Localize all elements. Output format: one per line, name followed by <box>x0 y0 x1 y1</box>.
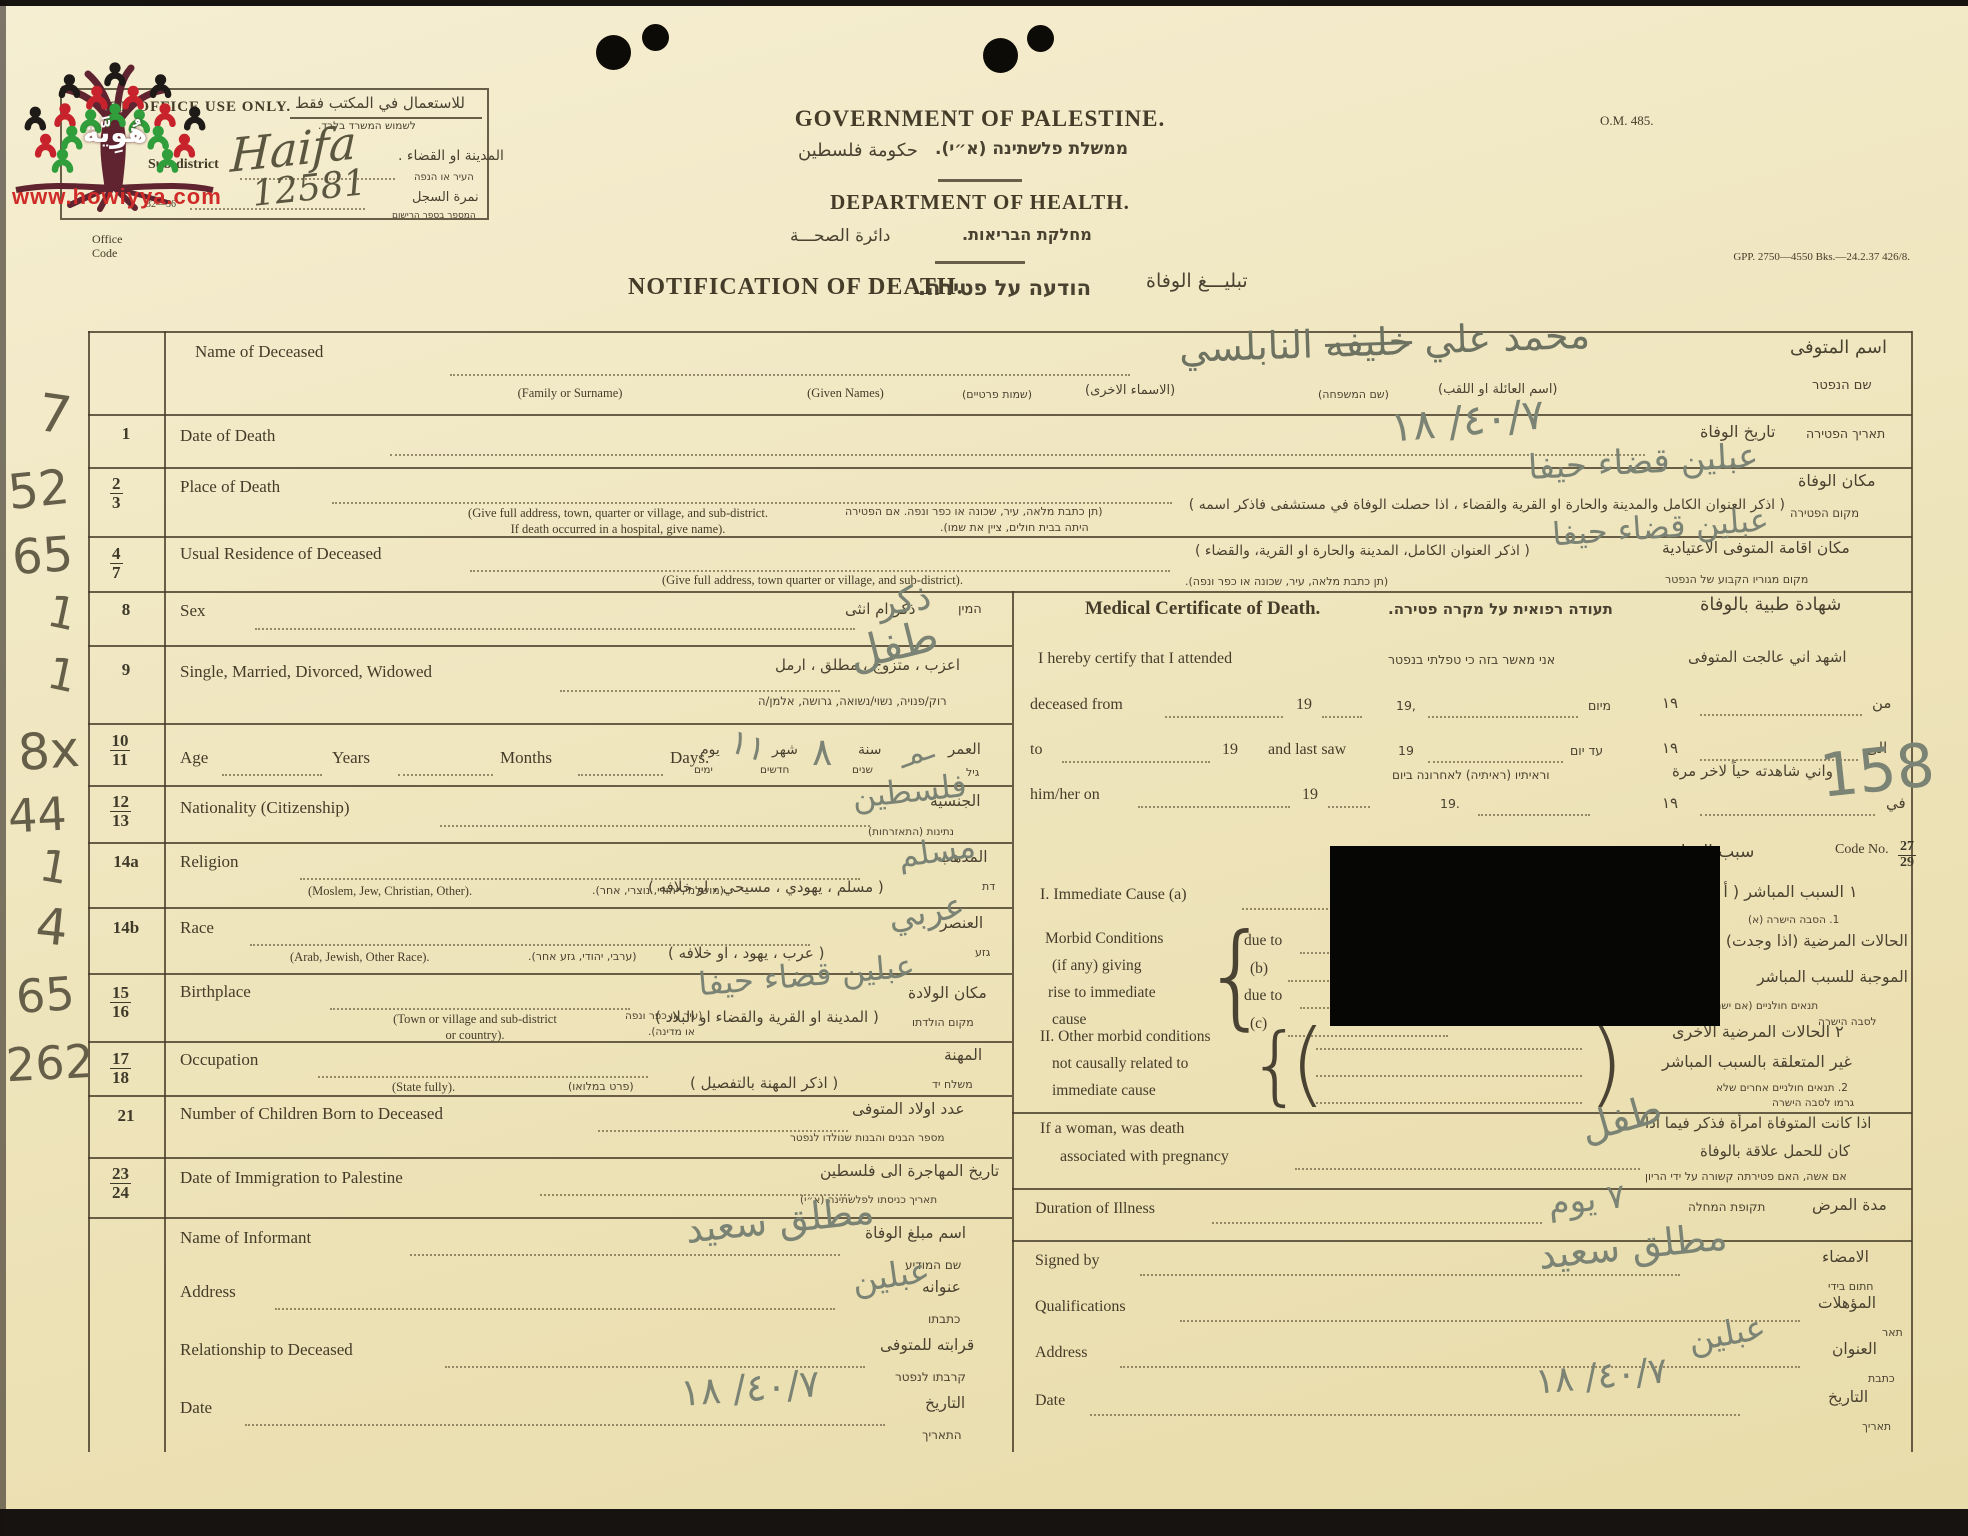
margin-code: 4 <box>33 896 71 957</box>
date-of-death-label: Date of Death <box>180 426 275 446</box>
due-to-1: due to <box>1244 932 1282 950</box>
code-no-bottom: 29 <box>1898 855 1916 871</box>
certify-himher-19: 19 <box>1302 786 1318 804</box>
row-number-top: 12 <box>112 793 129 811</box>
morbid-label-he1: תנאים חולניים (אם ישנם) <box>1706 1000 1818 1012</box>
rule-h <box>88 331 1912 333</box>
residence-sub-he: (תן כתבת מלאה, עיר, שכונה או כפר ונפה). <box>1185 575 1388 588</box>
death-notification-document: هُوِيَّة www.howiyya.com FOR OFFICE USE … <box>0 0 1968 1536</box>
pregnancy-label-ar2: كان للحمل علاقة بالوفاة <box>1700 1142 1850 1160</box>
immigration-label: Date of Immigration to Palestine <box>180 1168 403 1188</box>
rule-h <box>88 842 1012 844</box>
certify-from-label-he: מיום <box>1588 698 1611 713</box>
informant-name-label-ar: اسم مبلغ الوفاة <box>865 1224 966 1242</box>
race-label-he: גזע <box>975 946 990 959</box>
signed-by-label-ar: الامضاء <box>1822 1248 1869 1266</box>
informant-date-label-he: התאריך <box>922 1428 962 1442</box>
government-title-he: ממשלת פלשתינה (א״י). <box>935 139 1128 159</box>
morbid-line2: (if any) giving <box>1052 957 1142 975</box>
notification-title-en: NOTIFICATION OF DEATH. <box>628 274 964 301</box>
pregnancy-label-he: אם אשה, האם פטירתה קשורה על ידי הריון <box>1645 1170 1847 1183</box>
row-number-top: 17 <box>112 1050 129 1068</box>
relationship-label-he: קרבתו לנפטר <box>895 1370 966 1384</box>
row-number: 8 <box>88 600 164 620</box>
row-number-top: 23 <box>112 1165 129 1183</box>
qualifications-label-ar: المؤهلات <box>1818 1294 1876 1312</box>
immigration-label-ar: تاريخ المهاجرة الى فلسطين <box>820 1162 999 1180</box>
other-morbid-line2: not causally related to <box>1052 1055 1188 1073</box>
religion-sub-en: (Moslem, Jew, Christian, Other). <box>308 884 472 899</box>
certify-from-field-line-ar <box>1700 712 1862 716</box>
relationship-label: Relationship to Deceased <box>180 1340 353 1360</box>
scan-edge-top <box>0 0 1968 6</box>
margin-code: 8x <box>16 720 81 782</box>
birthplace-sub1-en: (Town or village and sub-district <box>340 1012 610 1027</box>
signed-by-signature-handwritten: مطلق سعيد <box>1536 1214 1729 1278</box>
doctor-address-label: Address <box>1035 1344 1087 1362</box>
name-part: محمد علي <box>1423 313 1590 363</box>
age-field-line <box>222 772 322 776</box>
age-label-ar: العمر <box>948 740 981 758</box>
medical-certificate-title-he: תעודה רפואית על מקרה פטירה. <box>1388 600 1613 618</box>
doctor-address-label-ar: العنوان <box>1832 1340 1877 1358</box>
residence-sub-ar: ( اذكر العنوان الكامل، المدينة والحارة ا… <box>1195 543 1530 559</box>
family-surname-sublabel-en: (Family or Surname) <box>470 386 670 401</box>
occupation-sub-he: (פרט במלואו) <box>568 1080 634 1093</box>
doctor-address-label-he: כתבת <box>1868 1372 1895 1385</box>
paren-open-icon: ( <box>1290 1018 1326 1110</box>
office-subdistrict-label-ar: المدينة او القضاء . <box>398 148 504 164</box>
residence-label: Usual Residence of Deceased <box>180 544 382 564</box>
medical-certificate-title-en: Medical Certificate of Death. <box>1085 598 1320 620</box>
government-title-ar: حكومة فلسطين <box>798 140 918 161</box>
certify-from-19: 19 <box>1296 696 1312 714</box>
children-label-he: מספר הבנים והבנות שנולדו לנפטר <box>790 1132 945 1144</box>
row-number-fraction: 12 13 <box>110 793 131 830</box>
morbid-line1: Morbid Conditions <box>1045 930 1163 948</box>
howiyya-url: www.howiyya.com <box>12 184 222 210</box>
cause-b-field-line <box>1300 950 1332 954</box>
pregnancy-line2: associated with pregnancy <box>1060 1148 1229 1166</box>
doctor-address-value-handwritten: عبلين <box>1685 1308 1769 1361</box>
margin-code: 1 <box>36 840 72 895</box>
age-unit-months-ar: شهر <box>772 742 798 758</box>
certify-from-field-line <box>1165 714 1283 718</box>
other-morbid-field-line1 <box>1316 1046 1582 1050</box>
certify-to-field-line-he <box>1428 759 1563 763</box>
row-number: 1 <box>88 424 164 444</box>
name-of-deceased-label-ar: اسم المتوفى <box>1790 337 1887 358</box>
row-number-fraction: 2 3 <box>110 475 123 512</box>
name-of-deceased-label: Name of Deceased <box>195 342 323 362</box>
row-number-top: 15 <box>112 984 129 1002</box>
birthplace-label: Birthplace <box>180 982 251 1002</box>
office-use-title-ar: للاستعمال في المكتب فقط <box>295 94 480 112</box>
occupation-sub-en: (State fully). <box>392 1080 455 1095</box>
row-number: 9 <box>88 660 164 680</box>
duration-field-line <box>1212 1220 1542 1224</box>
given-names-sublabel-he: (שמות פרטיים) <box>962 388 1032 401</box>
office-code-caption: Office Code <box>92 232 122 261</box>
place-of-death-label-he: מקום הפטירה <box>1790 506 1859 520</box>
race-sub-he: (ערבי, יהודי, גזע אחר). <box>528 950 637 963</box>
morbid-line4: cause <box>1052 1011 1086 1029</box>
age-unit-years-he: שנים <box>852 764 873 776</box>
margin-code: 262 <box>5 1034 96 1093</box>
duration-label: Duration of Illness <box>1035 1200 1155 1218</box>
row-number-bottom: 3 <box>110 493 123 512</box>
certify-himher-label: him/her on <box>1030 786 1100 804</box>
birthplace-field-line <box>330 1006 630 1010</box>
age-unit-months-he: חדשים <box>760 764 789 776</box>
certify-from-label-ar: من <box>1872 694 1891 712</box>
code-no-label: Code No. <box>1835 842 1889 858</box>
doctor-date-label-he: תאריך <box>1862 1420 1891 1433</box>
certify-himher-field-line <box>1138 804 1290 808</box>
rule-v-numcol <box>164 331 166 1452</box>
birthplace-label-he: מקום הולדתו <box>912 1016 974 1029</box>
age-years-label: Years <box>332 748 370 768</box>
signed-by-label: Signed by <box>1035 1252 1099 1270</box>
margin-code: 7 <box>34 383 75 447</box>
place-of-death-sub1-en: (Give full address, town, quarter or vil… <box>398 506 838 521</box>
certify-line1-en: I hereby certify that I attended <box>1038 650 1232 668</box>
age-unit-years-ar: سنة <box>858 742 881 758</box>
row-number-fraction: 4 7 <box>110 545 123 582</box>
other-morbid-label-he2: גרמו לסבה הישרה <box>1772 1097 1854 1109</box>
signed-by-field-line <box>1140 1272 1680 1276</box>
age-field-line <box>398 772 493 776</box>
marital-label-he: רוק/פנויה, נשוי/נשואה, גרושה, אלמן/ה <box>758 694 947 708</box>
margin-code: 44 <box>7 787 68 844</box>
doctor-date-value-handwritten: ٤٠/٧/ ١٨ <box>1533 1350 1668 1402</box>
medical-certificate-title-ar: شهادة طبية بالوفاة <box>1700 594 1841 615</box>
informant-date-value-handwritten: ٤٠/٧/ ١٨ <box>679 1361 821 1415</box>
row-number-bottom: 18 <box>110 1068 131 1087</box>
name-part-struck: خليفه <box>1324 319 1413 366</box>
age-field-line <box>578 772 663 776</box>
certify-in-19-ar: ١٩ <box>1662 794 1678 812</box>
date-of-death-field-line <box>390 452 1645 456</box>
row-number-bottom: 13 <box>110 811 131 830</box>
row-number-top: 2 <box>112 475 121 493</box>
row-number: 21 <box>88 1106 164 1126</box>
other-morbid-label-ar2: غير المتعلقة بالسبب المباشر <box>1662 1052 1852 1071</box>
rule-h <box>88 907 1012 909</box>
certify-from-label: deceased from <box>1030 696 1123 714</box>
row-number-bottom: 16 <box>110 1002 131 1021</box>
department-title-he: מחלקת הבריאות. <box>962 225 1092 244</box>
rule-h <box>88 1157 1012 1159</box>
name-field-line <box>450 372 1130 376</box>
immediate-cause-label: I. Immediate Cause (a) <box>1040 886 1187 904</box>
office-code-caption-line2: Code <box>92 246 117 260</box>
sex-field-line <box>255 626 855 630</box>
occupation-label: Occupation <box>180 1050 258 1070</box>
other-morbid-line3: immediate cause <box>1052 1082 1156 1100</box>
nationality-field-line <box>440 823 870 827</box>
margin-code: 65 <box>10 526 75 586</box>
pregnancy-line1: If a woman, was death <box>1040 1120 1184 1138</box>
row-number-bottom: 7 <box>110 563 123 582</box>
certify-from-19-he: ,19 <box>1396 698 1416 713</box>
religion-sub-ar: ( مسلم ، يهودي ، مسيحي ، او خلافه ) <box>648 878 884 896</box>
row-number-bottom: 24 <box>110 1183 131 1202</box>
cause-c-field-line <box>1300 1005 1332 1009</box>
informant-date-label-ar: التاريخ <box>925 1394 965 1412</box>
certify-lastsaw-label: and last saw <box>1268 741 1346 759</box>
office-subdistrict-label-he: העיר או הנפה <box>414 172 474 183</box>
children-label-ar: عدد اولاد المتوفى <box>852 1100 965 1118</box>
date-of-death-value-handwritten: ٤٠/٧/ ١٨ <box>1388 389 1546 451</box>
scan-edge-left <box>0 0 6 1536</box>
certify-to-label-he: עד יום <box>1570 743 1603 758</box>
code-no-top: 27 <box>1900 840 1914 855</box>
occupation-sub-ar: ( اذكر المهنة بالتفصيل ) <box>690 1074 838 1092</box>
age-unit-days-ar: يوم <box>700 742 720 758</box>
notification-title-ar: تبليـــغ الوفاة <box>1146 270 1248 292</box>
age-unit-days-he: ימים <box>694 764 713 776</box>
due-to-2: due to <box>1244 987 1282 1005</box>
age-label: Age <box>180 748 208 768</box>
place-of-death-label: Place of Death <box>180 477 280 497</box>
row-number: 14a <box>88 852 164 872</box>
marital-label: Single, Married, Divorced, Widowed <box>180 662 432 682</box>
margin-code: 52 <box>5 459 72 521</box>
sex-label-he: המין <box>958 602 982 617</box>
b-label: (b) <box>1250 960 1268 978</box>
pregnancy-label-ar1: اذا كانت المتوفاة امرأة فذكر فيما اذا <box>1645 1114 1871 1132</box>
race-sub-en: (Arab, Jewish, Other Race). <box>290 950 430 965</box>
office-register-label-ar: نمرة السجل <box>412 190 479 205</box>
age-months-label: Months <box>500 748 552 768</box>
family-surname-sublabel-he: (שם המשפחה) <box>1318 388 1389 401</box>
certify-line1-he: אני מאשר בזה כי טפלתי בנפטר <box>1388 652 1555 667</box>
hole-punch-icon <box>983 38 1018 73</box>
informant-address-label-he: כתבתו <box>928 1312 960 1326</box>
informant-address-value-handwritten: عبلين <box>850 1251 933 1301</box>
certify-himher-year-line <box>1328 804 1370 808</box>
qualifications-label-he: תאר <box>1882 1326 1903 1339</box>
birthplace-label-ar: مكان الولادة <box>908 984 987 1002</box>
place-of-death-sub2-he: היתה בבית חולים, ציין את שמו). <box>940 521 1089 534</box>
name-part: النابلسي <box>1178 322 1313 371</box>
row-number-top: 10 <box>112 732 129 750</box>
other-morbid-label-he1: 2. תנאים חולניים אחרים שלא <box>1716 1082 1848 1094</box>
place-of-death-field-line <box>332 500 1172 504</box>
gpp-reference: GPP. 2750—4550 Bks.—24.2.37 426/8. <box>1560 251 1910 263</box>
informant-date-label: Date <box>180 1398 212 1418</box>
header-divider-2 <box>935 261 1025 264</box>
place-of-death-sub2-en: If death occurred in a hospital, give na… <box>428 522 808 537</box>
scan-edge-bottom <box>0 1509 1968 1536</box>
margin-code: 1 <box>43 586 81 642</box>
name-of-deceased-label-he: שם הנפטר <box>1812 378 1872 393</box>
occupation-label-he: משלח יד <box>932 1078 973 1091</box>
government-title-en: GOVERNMENT OF PALESTINE. <box>700 106 1260 132</box>
notification-title-he: הודעה על פטירה. <box>918 276 1091 300</box>
rule-h <box>1012 1188 1912 1190</box>
signed-by-label-he: חתום בידי <box>1828 1280 1874 1293</box>
certify-line1-ar: اشهد اني عالجت المتوفى <box>1688 648 1847 666</box>
certify-to-19: 19 <box>1222 741 1238 759</box>
rule-h <box>88 1095 1012 1097</box>
place-of-death-sub1-he: (תן כתבת מלאה, עיר, שכונה או כפר ונפה. א… <box>845 505 1103 518</box>
code-no-fraction: 27 29 <box>1898 840 1916 870</box>
pregnancy-field-line <box>1295 1166 1640 1170</box>
date-of-death-label-he: תאריך הפטירה <box>1806 426 1885 441</box>
other-morbid-line1: II. Other morbid conditions <box>1040 1028 1210 1046</box>
certify-lastsaw-19-he: .19 <box>1440 796 1460 811</box>
other-morbid-field-line2 <box>1316 1073 1582 1077</box>
hole-punch-icon <box>1027 25 1054 52</box>
race-label: Race <box>180 918 214 938</box>
certify-in-field-line-ar <box>1700 812 1875 816</box>
doctor-date-label-ar: التاريخ <box>1828 1388 1868 1406</box>
birthplace-sub-ar: ( المدينة او القرية والقضاء او البلاد ) <box>655 1008 879 1026</box>
duration-label-he: תקופת המחלה <box>1688 1200 1765 1214</box>
rule-v-center <box>1012 591 1014 1452</box>
cause-b2-field-line <box>1288 978 1332 982</box>
religion-label: Religion <box>180 852 239 872</box>
department-title-en: DEPARTMENT OF HEALTH. <box>700 190 1260 215</box>
header-divider <box>938 179 1022 182</box>
given-names-sublabel-ar: (الاسماء الاخرى) <box>1085 383 1175 398</box>
age-label-he: גיל <box>966 766 979 779</box>
certify-lastsaw-he: וראיתיו (ראיתיה) לאחרונה ביום <box>1392 768 1550 782</box>
rule-v-left <box>88 331 90 1452</box>
row-number-bottom: 11 <box>110 750 130 769</box>
residence-field-line <box>470 568 1170 572</box>
row-number: 14b <box>88 918 164 938</box>
immediate-cause-label-he: 1. הסבה הישרה (א) <box>1748 914 1839 926</box>
informant-name-signature-handwritten: مطلق سعيد <box>683 1188 876 1252</box>
certify-to-19-ar: ١٩ <box>1662 739 1678 757</box>
certify-lastsaw-ar: واني شاهدته حياً لاخر مرة <box>1672 762 1833 780</box>
other-morbid-field-line3 <box>1316 1100 1582 1104</box>
residence-label-he: מקום מגוריו הקבוע של הנפטר <box>1665 573 1808 586</box>
row-number-fraction: 23 24 <box>110 1165 131 1202</box>
doctor-date-label: Date <box>1035 1392 1065 1410</box>
row-number-fraction: 17 18 <box>110 1050 131 1087</box>
children-label: Number of Children Born to Deceased <box>180 1104 443 1124</box>
given-names-sublabel-en: (Given Names) <box>758 386 933 401</box>
om-reference: O.M. 485. <box>1600 113 1653 129</box>
certify-to-field-line <box>1062 759 1210 763</box>
certify-to-label: to <box>1030 741 1042 759</box>
rule-h <box>88 591 1912 593</box>
margin-code: 1 <box>43 648 81 704</box>
sex-label: Sex <box>180 601 206 621</box>
place-of-death-value-handwritten: عبلين قضاء حيفا <box>1527 436 1759 488</box>
birthplace-sub2-he: או מדינה). <box>648 1026 695 1038</box>
informant-date-field-line <box>245 1422 885 1426</box>
rule-h <box>88 723 1012 725</box>
duration-value-handwritten: ٧ يوم <box>1546 1176 1627 1224</box>
nationality-label: Nationality (Citizenship) <box>180 798 350 818</box>
rule-h <box>1012 1240 1912 1242</box>
occupation-label-ar: المهنة <box>944 1046 982 1064</box>
certify-to-19-he: 19 <box>1398 743 1414 758</box>
howiyya-brand-text: هُوِيَّة <box>70 116 160 149</box>
office-register-label-he: המספר בספר הרישום <box>392 211 476 221</box>
name-of-deceased-value-handwritten: محمد علي خليفه النابلسي <box>1059 313 1590 375</box>
informant-address-label: Address <box>180 1282 236 1302</box>
occupation-field-line <box>318 1074 648 1078</box>
informant-name-field-line <box>410 1252 840 1256</box>
informant-name-label: Name of Informant <box>180 1228 311 1248</box>
margin-code: 65 <box>14 966 76 1024</box>
place-of-death-label-ar: مكان الوفاة <box>1798 471 1876 490</box>
qualifications-label: Qualifications <box>1035 1298 1126 1316</box>
duration-label-ar: مدة المرض <box>1812 1196 1887 1214</box>
department-title-ar: دائرة الصحـــة <box>790 226 890 246</box>
birthplace-sub2-en: or country). <box>390 1028 560 1043</box>
rule-v-right <box>1911 331 1913 1452</box>
hole-punch-icon <box>642 24 669 51</box>
doctor-date-field-line <box>1090 1412 1740 1416</box>
age-months-value-handwritten: ٨ <box>812 730 832 774</box>
rule-h <box>88 414 1912 416</box>
row-number-top: 4 <box>112 545 121 563</box>
redaction-box <box>1330 846 1720 1026</box>
relationship-label-ar: قرابته للمتوفى <box>880 1336 974 1354</box>
certify-from-19-ar: ١٩ <box>1662 694 1678 712</box>
religion-label-he: דת <box>982 880 995 893</box>
morbid-line3: rise to immediate <box>1048 984 1156 1002</box>
certify-from-year-line <box>1322 714 1362 718</box>
doctor-address-field-line <box>1120 1364 1800 1368</box>
code-number-handwritten: 158 <box>1817 730 1938 812</box>
hole-punch-icon <box>596 35 631 70</box>
office-code-caption-line1: Office <box>92 232 122 246</box>
row-number-fraction: 10 11 <box>110 732 130 769</box>
immediate-cause-label-ar: ١ السبب المباشر ( أ ) <box>1712 882 1858 901</box>
certify-lastsaw-field-line-he <box>1478 812 1590 816</box>
certify-from-field-line-he <box>1428 714 1578 718</box>
marital-field-line <box>560 688 840 692</box>
informant-address-field-line <box>275 1306 835 1310</box>
row-number-fraction: 15 16 <box>110 984 131 1021</box>
